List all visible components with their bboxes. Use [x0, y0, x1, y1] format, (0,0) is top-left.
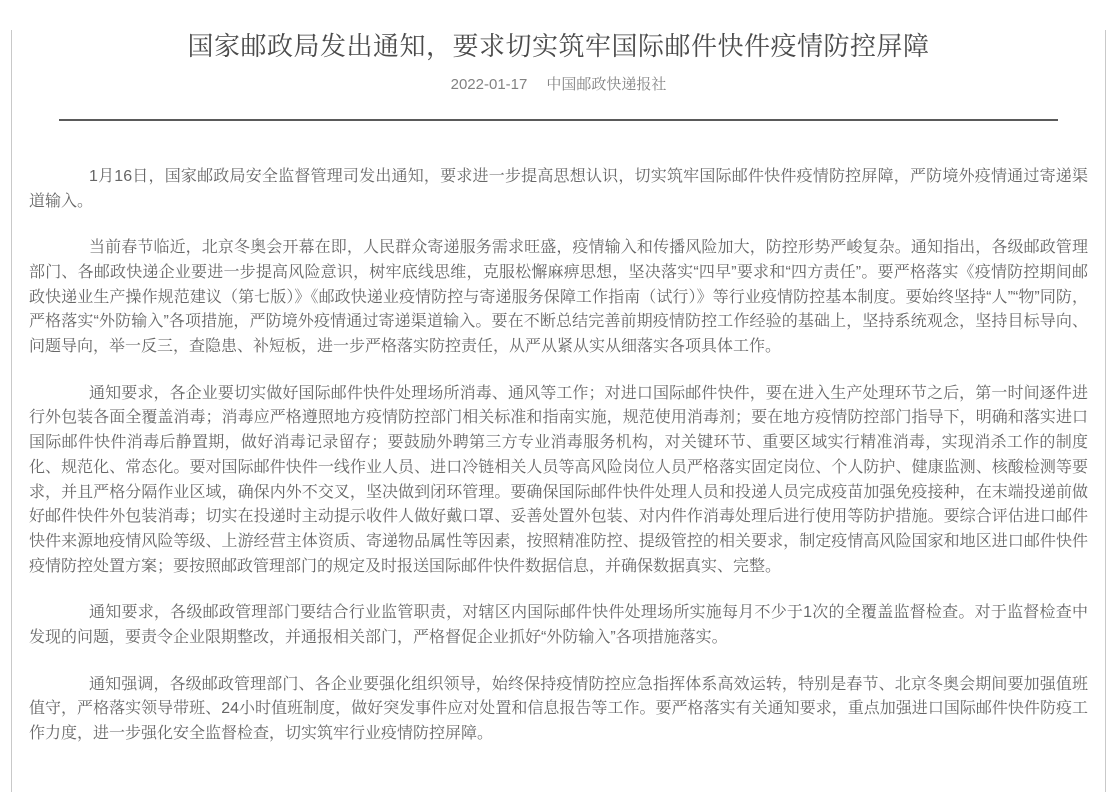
article-date: 2022-01-17	[451, 76, 528, 93]
article-body: 1月16日，国家邮政局安全监督管理司发出通知，要求进一步提高思想认识，切实筑牢国…	[29, 165, 1088, 747]
article-paragraph-3: 通知要求，各企业要切实做好国际邮件快件处理场所消毒、通风等工作；对进口国际邮件快…	[29, 382, 1088, 580]
article-source: 中国邮政快递报社	[546, 76, 666, 93]
article-meta: 2022-01-17中国邮政快递报社	[29, 76, 1088, 94]
article-title: 国家邮政局发出通知，要求切实筑牢国际邮件快件疫情防控屏障	[29, 30, 1088, 64]
article-paragraph-1: 1月16日，国家邮政局安全监督管理司发出通知，要求进一步提高思想认识，切实筑牢国…	[29, 165, 1088, 214]
article-paragraph-5: 通知强调，各级邮政管理部门、各企业要强化组织领导，始终保持疫情防控应急指挥体系高…	[29, 673, 1088, 747]
article-page: 国家邮政局发出通知，要求切实筑牢国际邮件快件疫情防控屏障 2022-01-17中…	[11, 30, 1106, 792]
article-paragraph-4: 通知要求，各级邮政管理部门要结合行业监管职责，对辖区内国际邮件快件处理场所实施每…	[29, 601, 1088, 650]
title-divider	[59, 119, 1058, 121]
article-paragraph-2: 当前春节临近，北京冬奥会开幕在即，人民群众寄递服务需求旺盛，疫情输入和传播风险加…	[29, 236, 1088, 360]
